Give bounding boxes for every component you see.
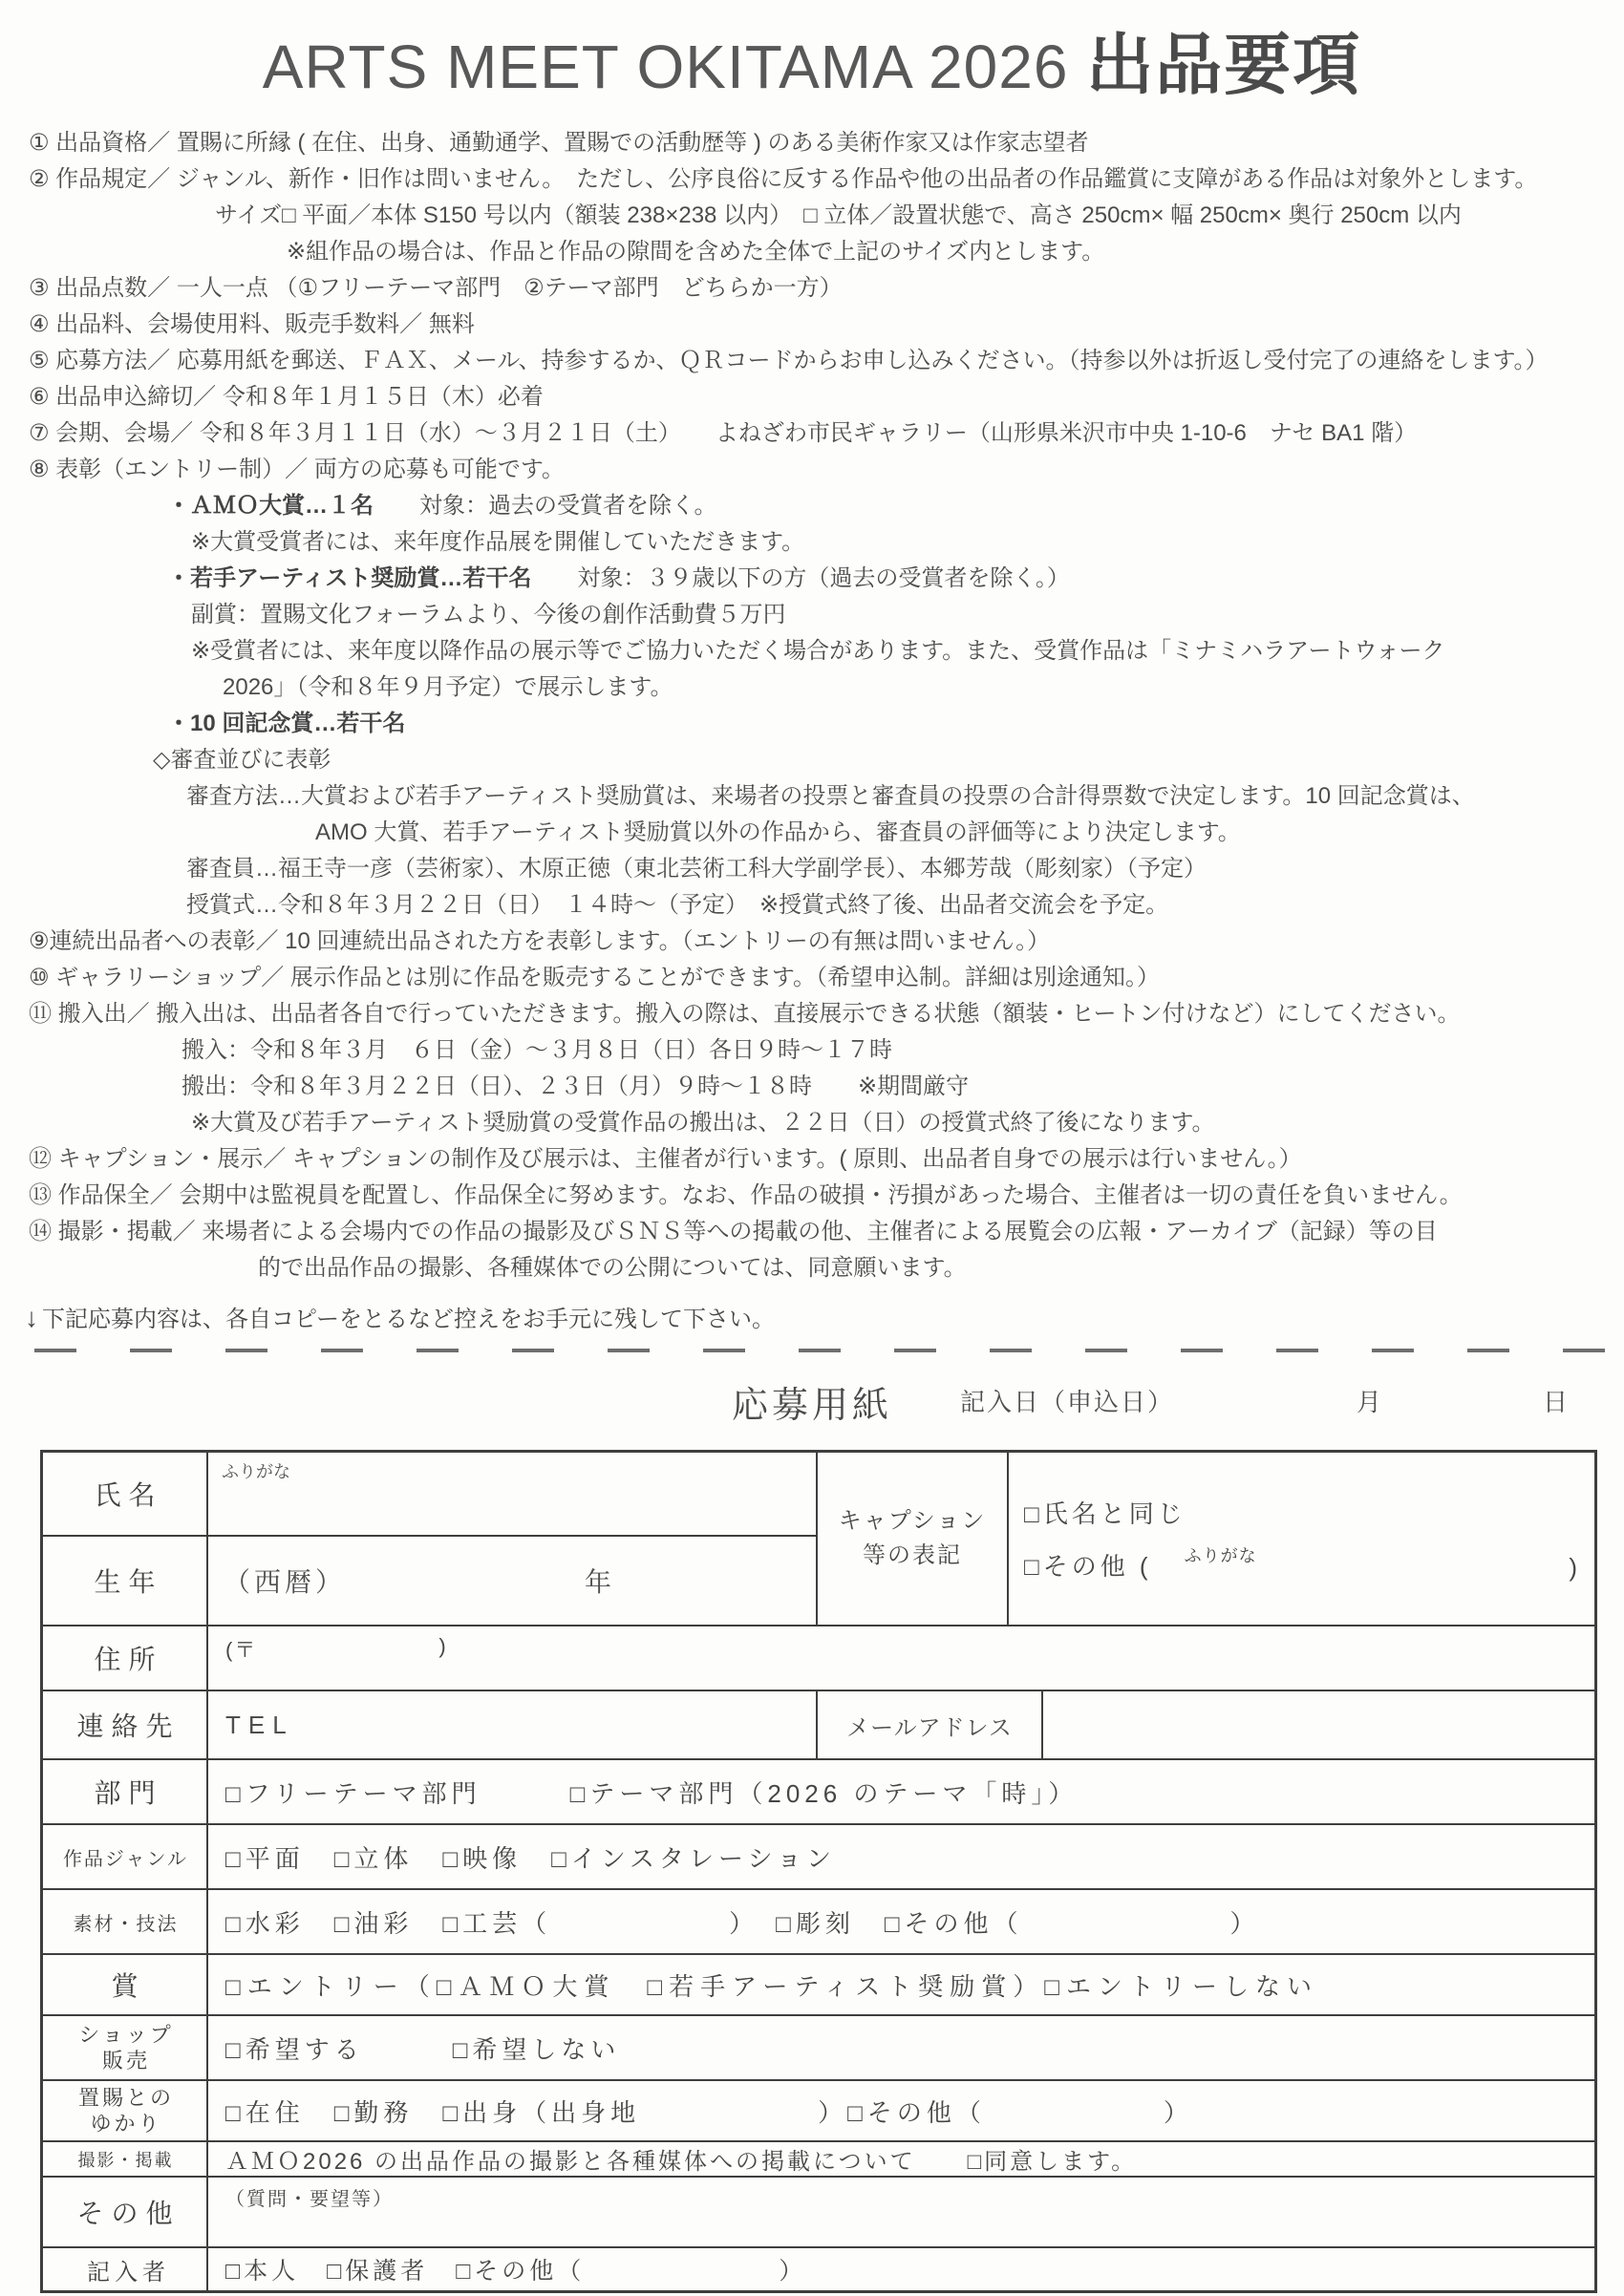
guideline-line: ※組作品の場合は、作品と作品の隙間を含めた全体で上記のサイズ内とします。 bbox=[0, 234, 1624, 270]
guideline-line-text: 対象：３９歳以下の方（過去の受賞者を除く。） bbox=[531, 565, 1070, 591]
guideline-line: ⑥ 出品申込締切／ 令和８年１月１５日（木）必着 bbox=[0, 379, 1624, 415]
caption-label-line1: キャプション bbox=[839, 1504, 987, 1539]
guideline-line-bold: ・若手アーティスト奨励賞…若干名 bbox=[167, 565, 531, 591]
guideline-line-text: ④ 出品料、会場使用料、販売手数料／ 無料 bbox=[29, 311, 475, 337]
shop-options: □希望する □希望しない bbox=[208, 2016, 1594, 2079]
page-title-japanese: 出品要項 bbox=[1086, 28, 1361, 102]
other-row-label: その他 bbox=[43, 2178, 208, 2246]
caption-other-close-paren: ) bbox=[1569, 1553, 1581, 1583]
guideline-line-text: ⑭ 撮影・掲載／ 来場者による会場内での作品の撮影及びＳＮＳ等への掲載の他、主催… bbox=[29, 1219, 1438, 1244]
guideline-line-text: ◇審査並びに表彰 bbox=[153, 747, 331, 773]
guideline-line-bold: ・ＡＭＯ大賞…１名 bbox=[167, 493, 374, 519]
writer-options: □本人 □保護者 □その他（ ） bbox=[208, 2248, 1594, 2290]
guideline-line: 副賞：置賜文化フォーラムより、今後の創作活動費５万円 bbox=[0, 597, 1624, 633]
guideline-line: AMO 大賞、若手アーティスト奨励賞以外の作品から、審査員の評価等により決定しま… bbox=[0, 815, 1624, 851]
guideline-line-text: 的で出品作品の撮影、各種媒体での公開については、同意願います。 bbox=[258, 1255, 967, 1281]
down-arrow-icon: ↓ bbox=[25, 1303, 38, 1332]
exhibition-guidelines-list: ① 出品資格／ 置賜に所縁 ( 在住、出身、通勤通学、置賜での活動歴等 ) のあ… bbox=[0, 125, 1624, 1286]
era-label: （西暦） bbox=[224, 1562, 346, 1600]
guideline-line-text: 審査員…福王寺一彦（芸術家）、木原正徳（東北芸術工科大学副学長）、本郷芳哉（彫刻… bbox=[186, 856, 1207, 882]
guideline-line: 審査方法…大賞および若手アーティスト奨励賞は、来場者の投票と審査員の投票の合計得… bbox=[0, 778, 1624, 815]
furigana-label: ふりがな bbox=[222, 1462, 290, 1481]
guideline-line: サイズ□ 平面／本体 S150 号以内（額装 238×238 以内） □ 立体／… bbox=[0, 198, 1624, 234]
division-row: 部門 □フリーテーマ部門 □テーマ部門（2026 のテーマ「時」） bbox=[43, 1758, 1594, 1823]
guideline-line: ⑫ キャプション・展示／ キャプションの制作及び展示は、主催者が行います。( 原… bbox=[0, 1141, 1624, 1178]
guideline-line: 授賞式…令和８年３月２２日（日） １４時～（予定） ※授賞式終了後、出品者交流会… bbox=[0, 887, 1624, 924]
guideline-line: ⑩ ギャラリーショップ／ 展示作品とは別に作品を販売することができます。（希望申… bbox=[0, 960, 1624, 996]
writer-row: 記入者 □本人 □保護者 □その他（ ） bbox=[43, 2246, 1594, 2290]
keep-copy-note-text: 下記応募内容は、各自コピーをとるなど控えをお手元に残して下さい。 bbox=[42, 1307, 775, 1332]
guideline-line-text: 搬入：令和８年３月 ６日（金）～３月８日（日）各日９時～１７時 bbox=[182, 1037, 892, 1063]
shop-row-label: ショップ 販売 bbox=[43, 2016, 208, 2079]
guideline-line: ⑬ 作品保全／ 会期中は監視員を配置し、作品保全に努めます。なお、作品の破損・汚… bbox=[0, 1178, 1624, 1214]
relation-options: □在住 □勤務 □出身（出身地 ）□その他（ ） bbox=[208, 2081, 1594, 2140]
relation-label-line1: 置賜との bbox=[75, 2085, 174, 2111]
guideline-line-text: ⑤ 応募方法／ 応募用紙を郵送、ＦＡＸ、メール、持参するか、ＱＲコードからお申し… bbox=[29, 348, 1549, 373]
tel-input-cell: TEL bbox=[208, 1691, 818, 1758]
guideline-line: ※大賞受賞者には、来年度作品展を開催していただきます。 bbox=[0, 524, 1624, 561]
guideline-line: ⑦ 会期、会場／ 令和８年３月１１日（水）～３月２１日（土） よねざわ市民ギャラ… bbox=[0, 415, 1624, 452]
writer-row-label: 記入者 bbox=[43, 2248, 208, 2290]
relation-row-label: 置賜との ゆかり bbox=[43, 2081, 208, 2140]
photo-consent-options: ＡＭＯ2026 の出品作品の撮影と各種媒体への掲載について □同意します。 bbox=[208, 2142, 1594, 2176]
guideline-line: ※大賞及び若手アーティスト奨励賞の受賞作品の搬出は、２２日（日）の授賞式終了後に… bbox=[0, 1105, 1624, 1141]
email-input-cell bbox=[1043, 1691, 1594, 1758]
other-row: その他 （質問・要望等） bbox=[43, 2176, 1594, 2246]
guideline-line: ※受賞者には、来年度以降作品の展示等でご協力いただく場合があります。また、受賞作… bbox=[0, 633, 1624, 670]
material-row-label: 素材・技法 bbox=[43, 1890, 208, 1953]
guideline-line-text: ① 出品資格／ 置賜に所縁 ( 在住、出身、通勤通学、置賜での活動歴等 ) のあ… bbox=[29, 130, 1089, 156]
postal-close-paren: ) bbox=[438, 1634, 447, 1659]
guideline-line-text: ③ 出品点数／ 一人一点 （①フリーテーマ部門 ②テーマ部門 どちらか一方） bbox=[29, 275, 843, 301]
guideline-line: 的で出品作品の撮影、各種媒体での公開については、同意願います。 bbox=[0, 1250, 1624, 1286]
caption-other-prefix: □その他 ( bbox=[1024, 1547, 1152, 1583]
guideline-line-text: ※組作品の場合は、作品と作品の隙間を含めた全体で上記のサイズ内とします。 bbox=[287, 239, 1104, 265]
guideline-line-text: ⑥ 出品申込締切／ 令和８年１月１５日（木）必着 bbox=[29, 384, 544, 410]
guideline-line-text: ※大賞受賞者には、来年度作品展を開催していただきます。 bbox=[191, 529, 804, 555]
relation-row: 置賜との ゆかり □在住 □勤務 □出身（出身地 ）□その他（ ） bbox=[43, 2079, 1594, 2140]
genre-options: □平面 □立体 □映像 □インスタレーション bbox=[208, 1825, 1594, 1888]
guideline-line: ③ 出品点数／ 一人一点 （①フリーテーマ部門 ②テーマ部門 どちらか一方） bbox=[0, 270, 1624, 307]
photo-consent-row: 撮影・掲載 ＡＭＯ2026 の出品作品の撮影と各種媒体への掲載について □同意し… bbox=[43, 2140, 1594, 2176]
other-input-cell: （質問・要望等） bbox=[208, 2178, 1594, 2246]
day-label: 日 bbox=[1543, 1383, 1568, 1418]
address-row-label: 住所 bbox=[43, 1626, 208, 1690]
caption-option-other: □その他 ( ふりがな ) bbox=[1024, 1547, 1581, 1583]
name-birth-cells: ふりがな （西暦） 年 bbox=[208, 1453, 818, 1625]
address-row: 住所 (〒 ) bbox=[43, 1625, 1594, 1690]
shop-label-line2: 販売 bbox=[99, 2048, 150, 2073]
cut-line-divider bbox=[34, 1349, 1618, 1352]
guideline-line: 2026」（令和８年９月予定）で展示します。 bbox=[0, 670, 1624, 706]
name-row-label: 氏名 bbox=[43, 1453, 206, 1537]
guideline-line: ⑪ 搬入出／ 搬入出は、出品者各自で行っていただきます。搬入の際は、直接展示でき… bbox=[0, 996, 1624, 1032]
guideline-line-text: ⑦ 会期、会場／ 令和８年３月１１日（水）～３月２１日（土） よねざわ市民ギャラ… bbox=[29, 420, 1417, 446]
guideline-line: 搬入：令和８年３月 ６日（金）～３月８日（日）各日９時～１７時 bbox=[0, 1032, 1624, 1069]
shop-label-line1: ショップ bbox=[75, 2022, 174, 2048]
guideline-line-text: 搬出：令和８年３月２２日（日）、２３日（月）９時～１８時 ※期間厳守 bbox=[182, 1074, 969, 1099]
photo-row-label: 撮影・掲載 bbox=[43, 2142, 208, 2176]
relation-label-line2: ゆかり bbox=[87, 2111, 161, 2137]
guideline-line: ⑭ 撮影・掲載／ 来場者による会場内での作品の撮影及びＳＮＳ等への掲載の他、主催… bbox=[0, 1214, 1624, 1250]
guideline-line-text: AMO 大賞、若手アーティスト奨励賞以外の作品から、審査員の評価等により決定しま… bbox=[315, 819, 1241, 845]
guideline-line-text: ⑨連続出品者への表彰／ 10 回連続出品された方を表彰します。（エントリーの有無… bbox=[29, 928, 1050, 954]
year-label: 年 bbox=[585, 1562, 615, 1600]
guideline-line-text: 副賞：置賜文化フォーラムより、今後の創作活動費５万円 bbox=[191, 602, 786, 627]
address-input-cell: (〒 ) bbox=[208, 1626, 1594, 1690]
material-options: □水彩 □油彩 □工芸（ ） □彫刻 □その他（ ） bbox=[208, 1890, 1594, 1953]
contact-row-label: 連絡先 bbox=[43, 1691, 208, 1758]
award-options: □エントリー（□ＡＭＯ大賞 □若手アーティスト奨励賞）□エントリーしない bbox=[208, 1955, 1594, 2014]
caption-option-same-as-name: □氏名と同じ bbox=[1024, 1495, 1581, 1530]
birth-input-cell: （西暦） 年 bbox=[208, 1537, 816, 1625]
guideline-line-text: 授賞式…令和８年３月２２日（日） １４時～（予定） ※授賞式終了後、出品者交流会… bbox=[186, 892, 1168, 918]
guideline-line: ・ＡＭＯ大賞…１名 対象：過去の受賞者を除く。 bbox=[0, 488, 1624, 524]
guideline-line-text: ② 作品規定／ ジャンル、新作・旧作は問いません。 ただし、公序良俗に反する作品… bbox=[29, 166, 1537, 192]
award-row: 賞 □エントリー（□ＡＭＯ大賞 □若手アーティスト奨励賞）□エントリーしない bbox=[43, 1953, 1594, 2014]
caption-options-cell: □氏名と同じ □その他 ( ふりがな ) bbox=[1009, 1453, 1594, 1625]
guideline-line: ① 出品資格／ 置賜に所縁 ( 在住、出身、通勤通学、置賜での活動歴等 ) のあ… bbox=[0, 125, 1624, 161]
guideline-line-text: ※大賞及び若手アーティスト奨励賞の受賞作品の搬出は、２２日（日）の授賞式終了後に… bbox=[191, 1110, 1215, 1136]
email-label-cell: メールアドレス bbox=[818, 1691, 1043, 1758]
application-form-table: 氏名 生年 ふりがな （西暦） 年 キャプション 等の表記 □氏名と同じ □その… bbox=[40, 1450, 1597, 2293]
guideline-line-text: ⑫ キャプション・展示／ キャプションの制作及び展示は、主催者が行います。( 原… bbox=[29, 1146, 1302, 1172]
postal-mark-prefix: (〒 bbox=[225, 1634, 257, 1664]
guideline-line: 審査員…福王寺一彦（芸術家）、木原正徳（東北芸術工科大学副学長）、本郷芳哉（彫刻… bbox=[0, 851, 1624, 887]
name-birth-labels: 氏名 生年 bbox=[43, 1453, 208, 1625]
caption-row-label: キャプション 等の表記 bbox=[818, 1453, 1009, 1625]
guideline-line-bold: ・10 回記念賞…若干名 bbox=[167, 711, 405, 736]
material-row: 素材・技法 □水彩 □油彩 □工芸（ ） □彫刻 □その他（ ） bbox=[43, 1888, 1594, 1953]
guideline-line: ・10 回記念賞…若干名 bbox=[0, 706, 1624, 742]
guideline-line: ・若手アーティスト奨励賞…若干名 対象：３９歳以下の方（過去の受賞者を除く。） bbox=[0, 561, 1624, 597]
guideline-line-text: ⑩ ギャラリーショップ／ 展示作品とは別に作品を販売することができます。（希望申… bbox=[29, 965, 1160, 990]
shop-row: ショップ 販売 □希望する □希望しない bbox=[43, 2014, 1594, 2079]
guideline-line-text: ⑬ 作品保全／ 会期中は監視員を配置し、作品保全に努めます。なお、作品の破損・汚… bbox=[29, 1182, 1463, 1208]
guideline-line: ◇審査並びに表彰 bbox=[0, 742, 1624, 778]
guideline-line: ⑨連続出品者への表彰／ 10 回連続出品された方を表彰します。（エントリーの有無… bbox=[0, 924, 1624, 960]
genre-row-label: 作品ジャンル bbox=[43, 1825, 208, 1888]
guideline-line-text: 審査方法…大賞および若手アーティスト奨励賞は、来場者の投票と審査員の投票の合計得… bbox=[186, 783, 1475, 809]
guideline-line: ④ 出品料、会場使用料、販売手数料／ 無料 bbox=[0, 307, 1624, 343]
guideline-line: ② 作品規定／ ジャンル、新作・旧作は問いません。 ただし、公序良俗に反する作品… bbox=[0, 161, 1624, 198]
guideline-line-text: サイズ□ 平面／本体 S150 号以内（額装 238×238 以内） □ 立体／… bbox=[215, 202, 1462, 228]
guideline-line-text: ⑧ 表彰（エントリー制）／ 両方の応募も可能です。 bbox=[29, 457, 565, 482]
caption-label-line2: 等の表記 bbox=[863, 1539, 962, 1573]
scanned-application-document: ARTS MEET OKITAMA 2026 出品要項 ① 出品資格／ 置賜に所… bbox=[0, 0, 1624, 2296]
guideline-line-text: 対象：過去の受賞者を除く。 bbox=[374, 493, 717, 519]
division-row-label: 部門 bbox=[43, 1760, 208, 1823]
page-title: ARTS MEET OKITAMA 2026 出品要項 bbox=[0, 11, 1624, 108]
guideline-line: ⑧ 表彰（エントリー制）／ 両方の応募も可能です。 bbox=[0, 452, 1624, 488]
guideline-line: ⑤ 応募方法／ 応募用紙を郵送、ＦＡＸ、メール、持参するか、ＱＲコードからお申し… bbox=[0, 343, 1624, 379]
guideline-line-text: ※受賞者には、来年度以降作品の展示等でご協力いただく場合があります。また、受賞作… bbox=[191, 638, 1445, 664]
name-input-cell: ふりがな bbox=[208, 1453, 816, 1537]
name-birth-caption-rowgroup: 氏名 生年 ふりがな （西暦） 年 キャプション 等の表記 □氏名と同じ □その… bbox=[43, 1453, 1594, 1625]
division-options: □フリーテーマ部門 □テーマ部門（2026 のテーマ「時」） bbox=[208, 1760, 1594, 1823]
month-label: 月 bbox=[1357, 1383, 1381, 1418]
birth-row-label: 生年 bbox=[43, 1537, 206, 1625]
caption-other-furigana-label: ふりがな bbox=[1185, 1542, 1257, 1567]
guideline-line-text: ⑪ 搬入出／ 搬入出は、出品者各自で行っていただきます。搬入の際は、直接展示でき… bbox=[29, 1001, 1460, 1027]
contact-row: 連絡先 TEL メールアドレス bbox=[43, 1690, 1594, 1758]
guideline-line: 搬出：令和８年３月２２日（日）、２３日（月）９時～１８時 ※期間厳守 bbox=[0, 1069, 1624, 1105]
genre-row: 作品ジャンル □平面 □立体 □映像 □インスタレーション bbox=[43, 1823, 1594, 1888]
guideline-line-text: 2026」（令和８年９月予定）で展示します。 bbox=[223, 674, 673, 700]
entry-date-label: 記入日（申込日） bbox=[960, 1383, 1174, 1418]
keep-copy-note: ↓下記応募内容は、各自コピーをとるなど控えをお手元に残して下さい。 bbox=[25, 1300, 1624, 1333]
form-header: 応募用紙 記入日（申込日） 月 日 bbox=[0, 1371, 1624, 1427]
award-row-label: 賞 bbox=[43, 1955, 208, 2014]
page-title-latin: ARTS MEET OKITAMA 2026 bbox=[263, 32, 1086, 101]
